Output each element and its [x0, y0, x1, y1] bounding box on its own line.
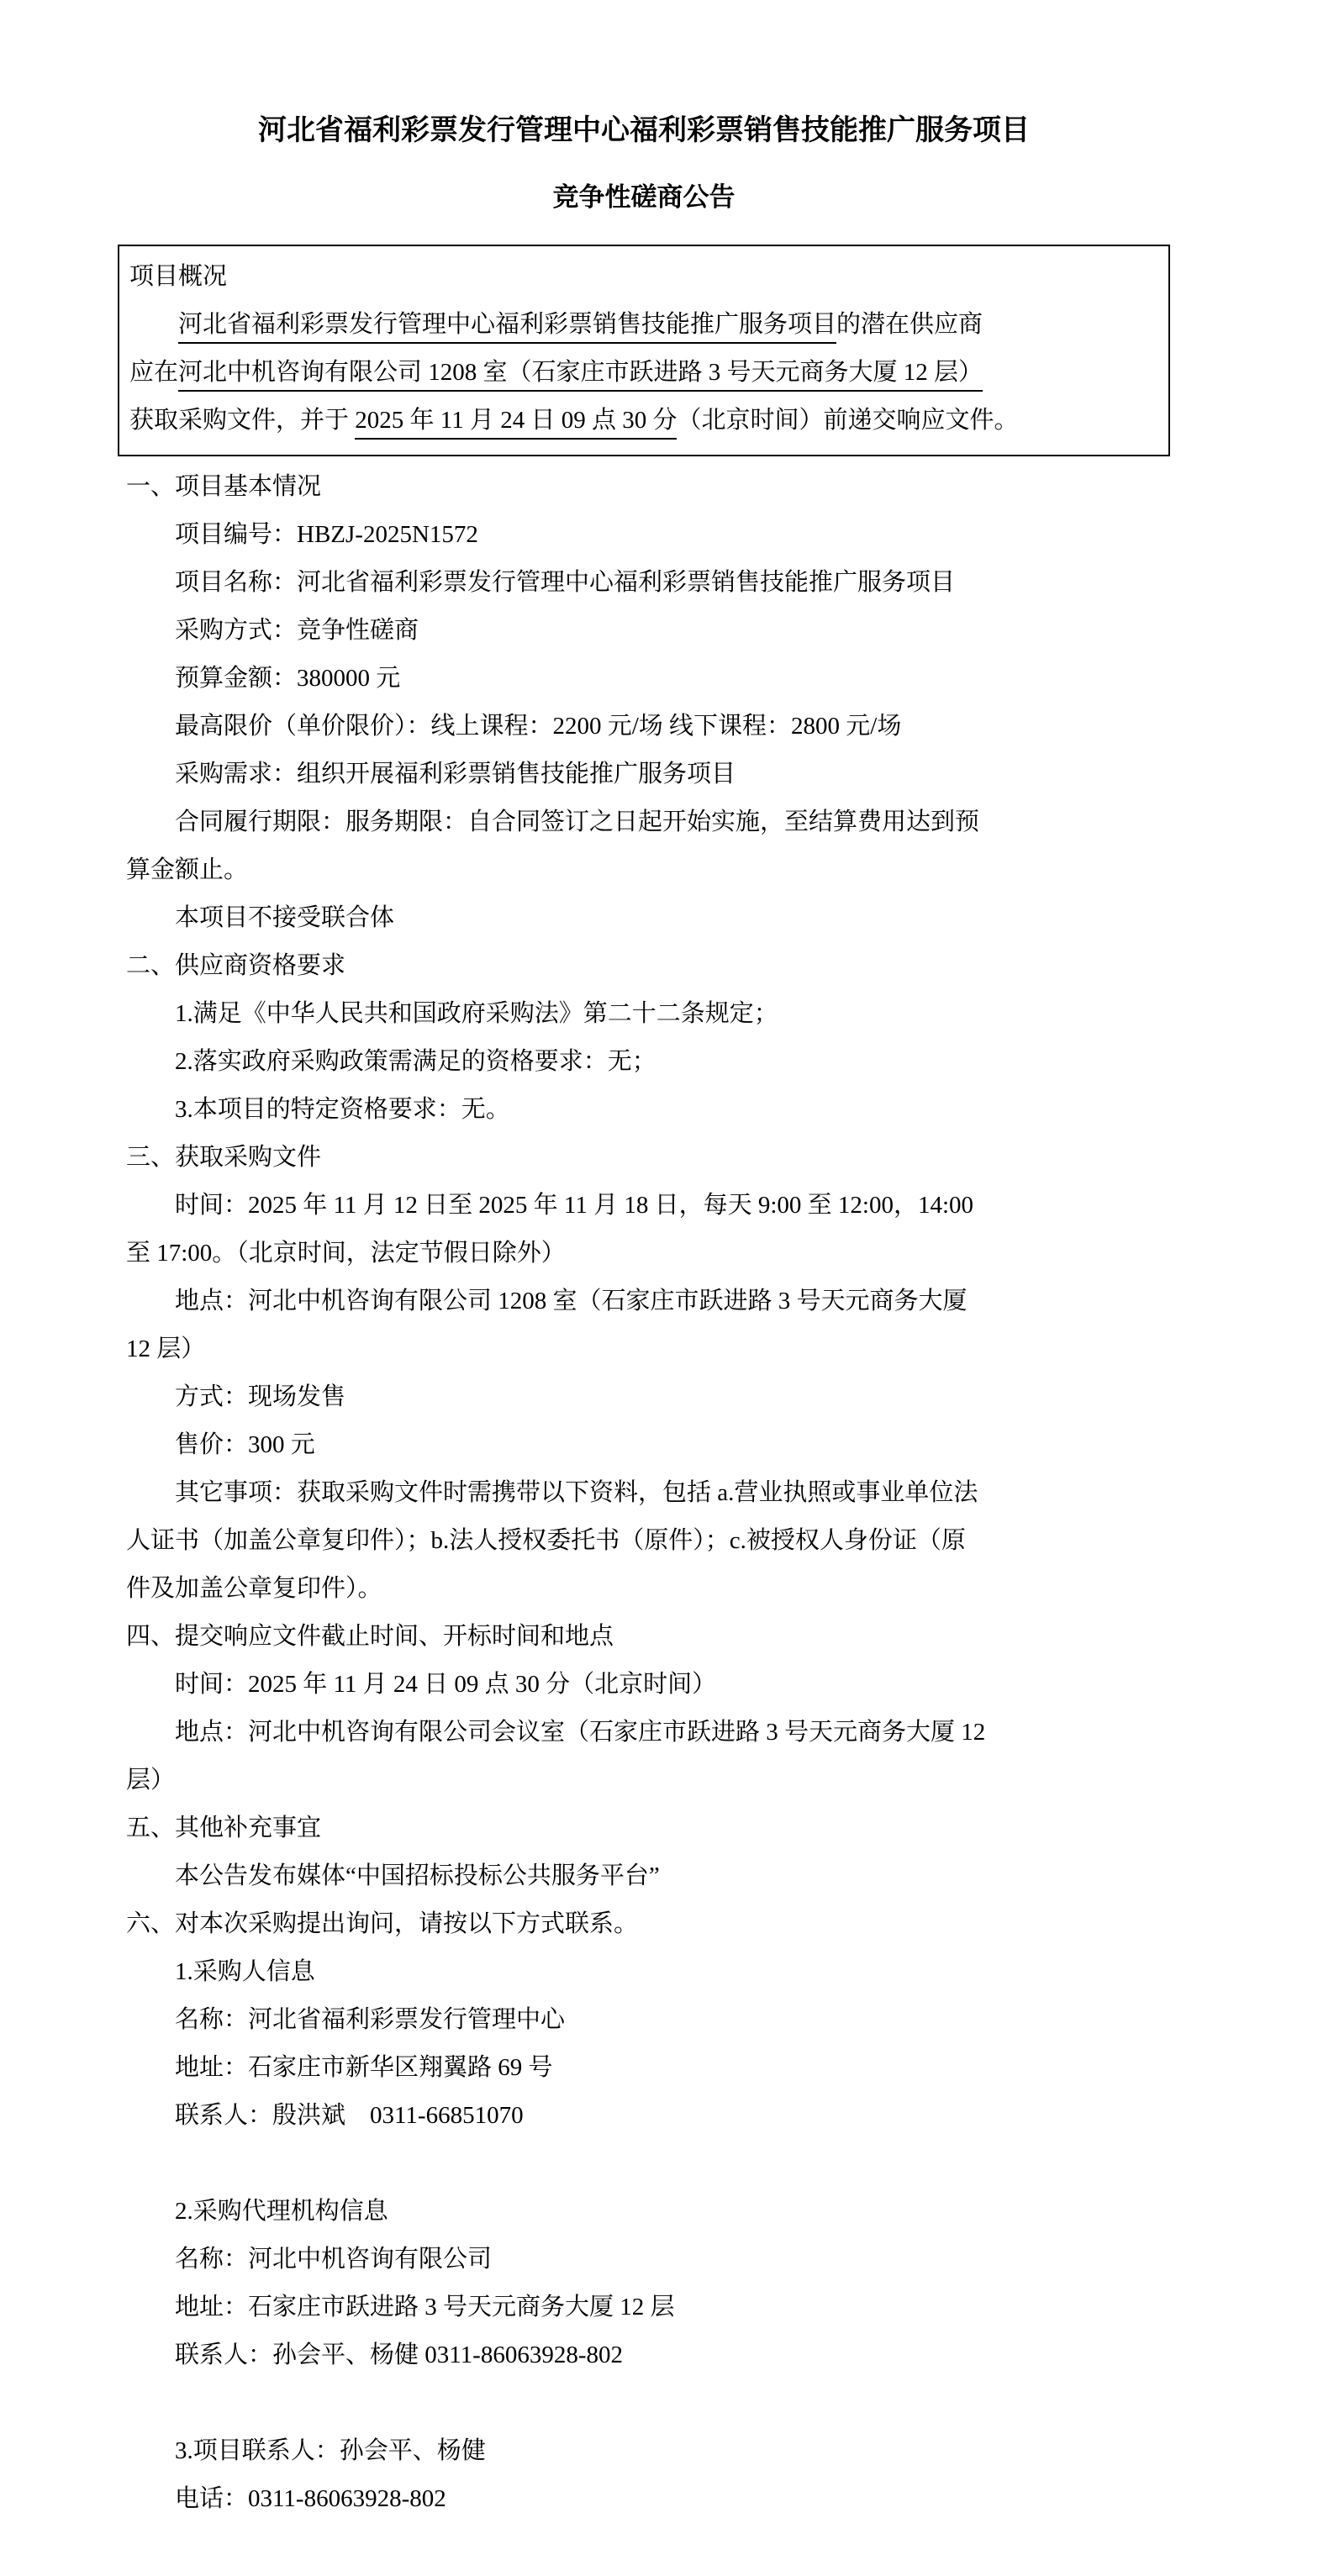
doc-line-obtain-method: 方式：现场发售 [126, 1373, 1162, 1421]
plain-text: 的潜在供应商 [836, 311, 983, 338]
doc-line-deadline-place: 地点：河北中机咨询有限公司会议室（石家庄市跃进路 3 号天元商务大厦 12 [126, 1709, 1162, 1757]
project-overview-box: 项目概况 河北省福利彩票发行管理中心福利彩票销售技能推广服务项目的潜在供应商 应… [118, 245, 1170, 456]
section-heading-5: 五、其他补充事宜 [126, 1804, 1162, 1852]
plain-text: （北京时间）前递交响应文件。 [677, 407, 1018, 434]
overview-box-heading: 项目概况 [129, 253, 1158, 301]
doc-line-project-name: 项目名称：河北省福利彩票发行管理中心福利彩票销售技能推广服务项目 [126, 559, 1162, 607]
doc-line-procurement-method: 采购方式：竞争性磋商 [126, 607, 1162, 655]
doc-line-other-matters-cont1: 人证书（加盖公章复印件）；b.法人授权委托书（原件）；c.被授权人身份证（原 [126, 1517, 1162, 1565]
underlined-deadline: 2025 年 11 月 24 日 09 点 30 分 [355, 407, 677, 440]
doc-line-price: 售价：300 元 [126, 1421, 1162, 1469]
doc-line-deadline-time: 时间：2025 年 11 月 24 日 09 点 30 分（北京时间） [126, 1661, 1162, 1709]
document-subtitle: 竞争性磋商公告 [126, 172, 1162, 223]
overview-line-3: 获取采购文件，并于 2025 年 11 月 24 日 09 点 30 分（北京时… [129, 397, 1158, 445]
document-title: 河北省福利彩票发行管理中心福利彩票销售技能推广服务项目 [126, 105, 1162, 157]
doc-line-procurement-demand: 采购需求：组织开展福利彩票销售技能推广服务项目 [126, 751, 1162, 798]
document-page: 河北省福利彩票发行管理中心福利彩票销售技能推广服务项目 竞争性磋商公告 项目概况… [0, 0, 1334, 2523]
doc-line-agency-contact: 联系人：孙会平、杨健 0311-86063928-802 [126, 2331, 1162, 2379]
doc-line-agency-address: 地址：石家庄市跃进路 3 号天元商务大厦 12 层 [126, 2284, 1162, 2331]
section-heading-1: 一、项目基本情况 [126, 463, 1162, 511]
doc-line-agency-info-heading: 2.采购代理机构信息 [126, 2188, 1162, 2236]
blank-line [126, 2140, 1162, 2188]
doc-line-qualification-1: 1.满足《中华人民共和国政府采购法》第二十二条规定； [126, 990, 1162, 1038]
underlined-project-name: 河北省福利彩票发行管理中心福利彩票销售技能推广服务项目 [178, 311, 836, 344]
doc-line-other-matters: 其它事项：获取采购文件时需携带以下资料，包括 a.营业执照或事业单位法 [126, 1469, 1162, 1517]
overview-line-1: 河北省福利彩票发行管理中心福利彩票销售技能推广服务项目的潜在供应商 [129, 301, 1158, 349]
doc-line-purchaser-contact: 联系人：殷洪斌 0311-66851070 [126, 2092, 1162, 2140]
doc-line-qualification-3: 3.本项目的特定资格要求：无。 [126, 1086, 1162, 1134]
doc-line-other-matters-cont2: 件及加盖公章复印件）。 [126, 1565, 1162, 1613]
doc-line-obtain-time: 时间：2025 年 11 月 12 日至 2025 年 11 月 18 日，每天… [126, 1182, 1162, 1230]
section-heading-3: 三、获取采购文件 [126, 1134, 1162, 1182]
doc-line-purchaser-address: 地址：石家庄市新华区翔翼路 69 号 [126, 2044, 1162, 2092]
document-body: 一、项目基本情况 项目编号：HBZJ-2025N1572 项目名称：河北省福利彩… [126, 463, 1162, 2523]
doc-line-purchaser-info-heading: 1.采购人信息 [126, 1948, 1162, 1996]
doc-line-contract-term: 合同履行期限：服务期限：自合同签订之日起开始实施，至结算费用达到预 [126, 798, 1162, 846]
doc-line-obtain-time-cont: 至 17:00。（北京时间，法定节假日除外） [126, 1230, 1162, 1277]
doc-line-budget: 预算金额：380000 元 [126, 655, 1162, 703]
doc-line-obtain-place-cont: 12 层） [126, 1325, 1162, 1373]
doc-line-project-contact: 3.项目联系人：孙会平、杨健 [126, 2427, 1162, 2475]
blank-line [126, 2379, 1162, 2427]
doc-line-price-limit: 最高限价（单价限价）：线上课程：2200 元/场 线下课程：2800 元/场 [126, 703, 1162, 751]
section-heading-2: 二、供应商资格要求 [126, 942, 1162, 990]
doc-line-project-phone: 电话：0311-86063928-802 [126, 2475, 1162, 2523]
doc-line-obtain-place: 地点：河北中机咨询有限公司 1208 室（石家庄市跃进路 3 号天元商务大厦 [126, 1277, 1162, 1325]
doc-line-contract-term-cont: 算金额止。 [126, 846, 1162, 894]
underlined-agency-address: 河北中机咨询有限公司 1208 室（石家庄市跃进路 3 号天元商务大厦 12 层… [178, 359, 983, 392]
section-heading-6: 六、对本次采购提出询问，请按以下方式联系。 [126, 1900, 1162, 1948]
doc-line-no-consortium: 本项目不接受联合体 [126, 894, 1162, 942]
doc-line-deadline-place-cont: 层） [126, 1757, 1162, 1804]
doc-line-purchaser-name: 名称：河北省福利彩票发行管理中心 [126, 1996, 1162, 2044]
doc-line-agency-name: 名称：河北中机咨询有限公司 [126, 2236, 1162, 2284]
plain-text: 应在 [129, 359, 178, 386]
plain-text: 获取采购文件，并于 [129, 407, 355, 434]
section-heading-4: 四、提交响应文件截止时间、开标时间和地点 [126, 1613, 1162, 1661]
doc-line-publish-media: 本公告发布媒体“中国招标投标公共服务平台” [126, 1852, 1162, 1900]
doc-line-qualification-2: 2.落实政府采购政策需满足的资格要求：无； [126, 1038, 1162, 1086]
doc-line-project-number: 项目编号：HBZJ-2025N1572 [126, 511, 1162, 559]
overview-line-2: 应在河北中机咨询有限公司 1208 室（石家庄市跃进路 3 号天元商务大厦 12… [129, 349, 1158, 397]
